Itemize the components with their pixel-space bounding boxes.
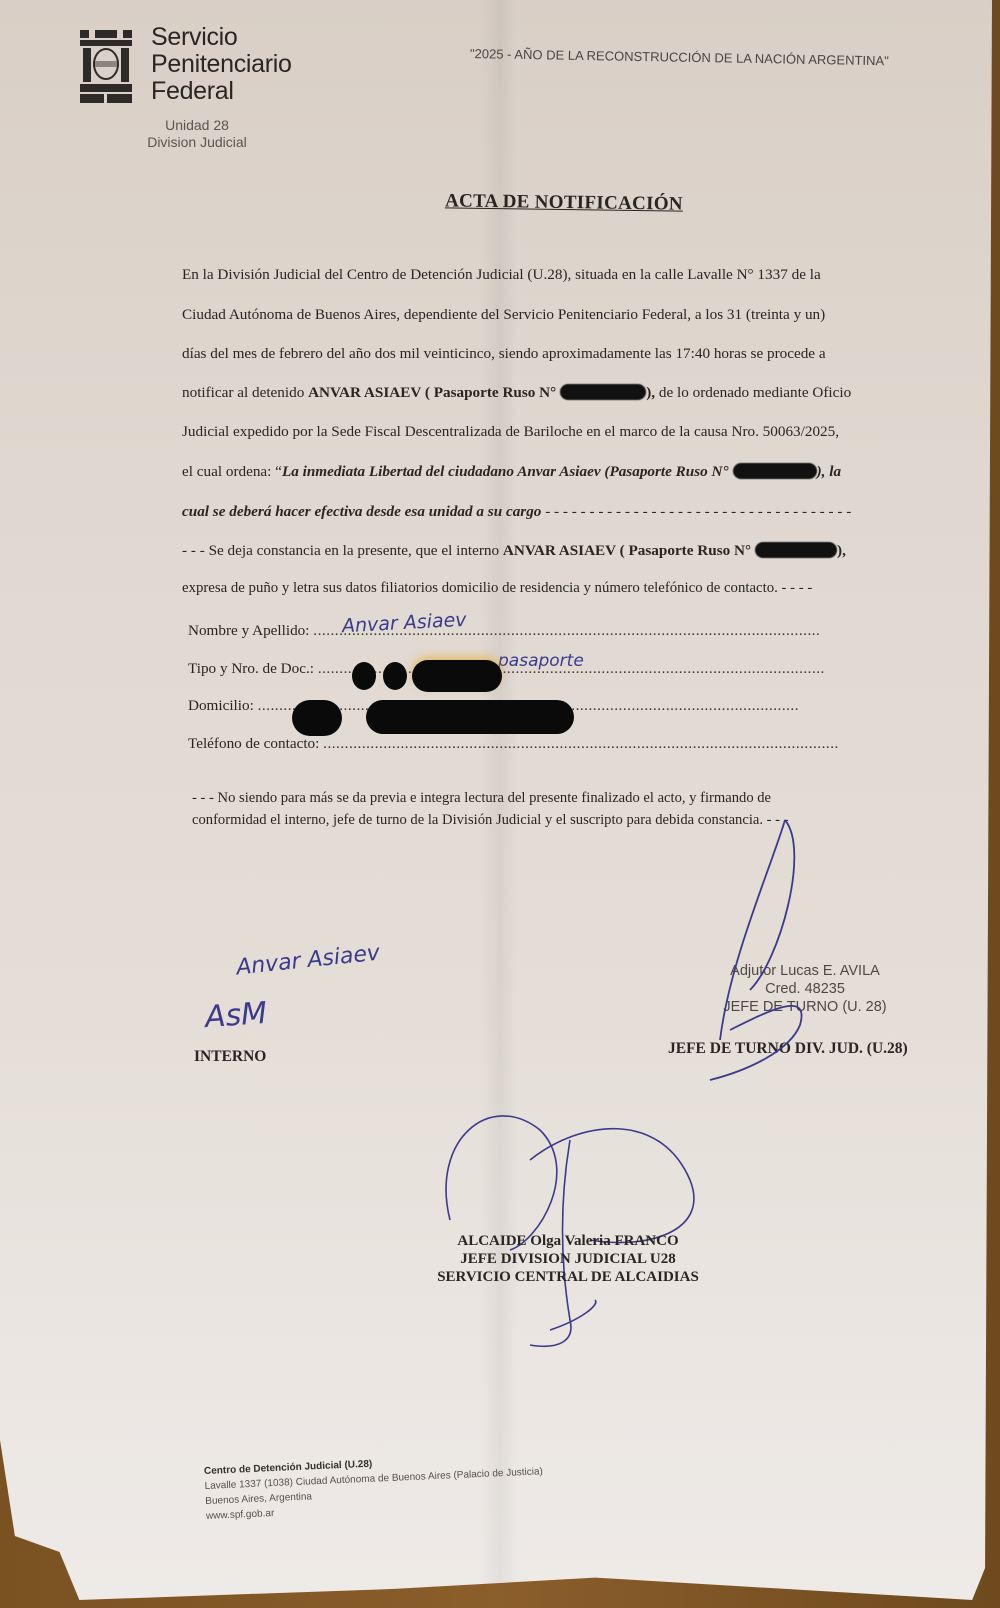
body-line: Ciudad Autónoma de Buenos Aires, dependi… xyxy=(182,306,825,324)
body-line: - - - Se deja constancia en la presente,… xyxy=(182,542,846,560)
form-field-name: Nombre y Apellido: .....................… xyxy=(188,622,820,640)
body-line: - - - No siendo para más se da previa e … xyxy=(192,790,771,807)
inmate-signature: AsM xyxy=(204,996,268,1035)
body-line: el cual ordena: “La inmediata Libertad d… xyxy=(182,463,841,481)
brand-line: Penitenciario xyxy=(151,51,292,78)
brand-name: Servicio Penitenciario Federal xyxy=(151,24,292,105)
body-line: notificar al detenido ANVAR ASIAEV ( Pas… xyxy=(182,384,851,402)
inmate-caption: INTERNO xyxy=(194,1048,266,1066)
detainee-name: ANVAR ASIAEV ( Pasaporte Ruso N° xyxy=(503,542,751,559)
body-line: En la División Judicial del Centro de De… xyxy=(182,266,821,284)
field-label: Tipo y Nro. de Doc.: xyxy=(188,660,314,677)
redaction-mark xyxy=(412,660,502,692)
field-label: Nombre y Apellido: xyxy=(188,622,310,639)
body-line: expresa de puño y letra sus datos filiat… xyxy=(182,580,812,597)
unit-line: Division Judicial xyxy=(137,134,257,151)
warden-line: ALCAIDE Olga Valeria FRANCO xyxy=(418,1232,718,1250)
tower-shield-icon xyxy=(80,30,132,106)
text: el cual ordena: “ xyxy=(182,463,282,480)
field-label: Domicilio: xyxy=(188,697,254,714)
detainee-name: ANVAR ASIAEV ( Pasaporte Ruso N° xyxy=(308,384,556,401)
unit-label: Unidad 28 Division Judicial xyxy=(137,117,257,151)
redaction-mark xyxy=(383,662,407,690)
brand-line: Servicio xyxy=(151,24,292,51)
body-line: cual se deberá hacer efectiva desde esa … xyxy=(182,503,851,521)
text: notificar al detenido xyxy=(182,384,308,401)
redaction-mark xyxy=(292,700,342,736)
redacted-passport xyxy=(755,542,837,558)
dash-fill: - - - - - - - - - - - - - - - - - - - - … xyxy=(541,503,851,520)
warden-block: ALCAIDE Olga Valeria FRANCO JEFE DIVISIO… xyxy=(418,1232,718,1286)
body-line: Judicial expedido por la Sede Fiscal Des… xyxy=(182,423,839,441)
text: ), la xyxy=(817,463,841,480)
text: de lo ordenado mediante Oficio xyxy=(655,384,851,401)
inmate-handwritten-name: Anvar Asiaev xyxy=(235,941,381,981)
warden-signature xyxy=(420,1100,720,1360)
handwritten-doc-type: pasaporte xyxy=(498,651,584,671)
redaction-mark xyxy=(366,700,574,734)
form-field-phone: Teléfono de contacto: ..................… xyxy=(188,735,839,753)
redacted-passport xyxy=(733,463,817,479)
warden-line: SERVICIO CENTRAL DE ALCAIDIAS xyxy=(418,1268,718,1286)
year-motto: "2025 - AÑO DE LA RECONSTRUCCIÓN DE LA N… xyxy=(470,46,889,68)
warden-line: JEFE DIVISION JUDICIAL U28 xyxy=(418,1250,718,1268)
text: ), xyxy=(837,542,846,559)
dotted-line: ........................................… xyxy=(323,735,839,752)
text: - - - Se deja constancia en la presente,… xyxy=(182,542,503,559)
order-quote: cual se deberá hacer efectiva desde esa … xyxy=(182,503,541,520)
redaction-mark xyxy=(352,662,376,690)
order-quote: La inmediata Libertad del ciudadano Anva… xyxy=(282,463,729,480)
text: ), xyxy=(646,384,655,401)
document-page: Servicio Penitenciario Federal Unidad 28… xyxy=(0,0,992,1600)
field-label: Teléfono de contacto: xyxy=(188,735,319,752)
shift-chief-signature xyxy=(690,810,830,1090)
unit-line: Unidad 28 xyxy=(137,117,257,134)
brand-line: Federal xyxy=(151,78,292,105)
document-title: ACTA DE NOTIFICACIÓN xyxy=(445,190,683,215)
body-line: días del mes de febrero del año dos mil … xyxy=(182,345,826,363)
redacted-passport xyxy=(560,384,646,400)
